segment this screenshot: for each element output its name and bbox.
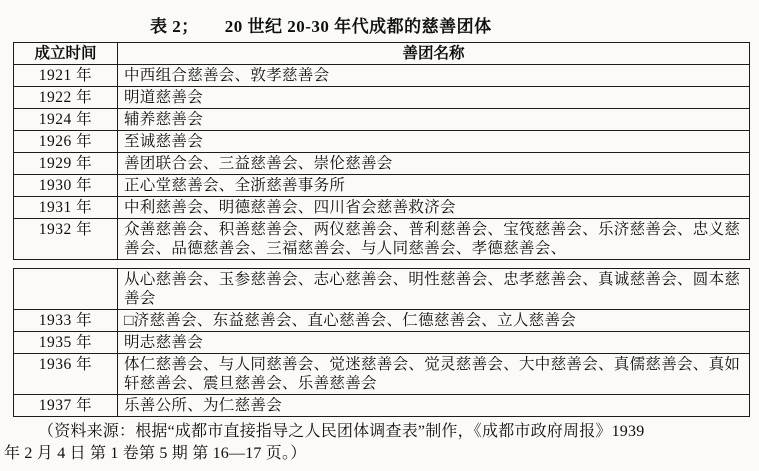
table-row: 1924 年 辅养慈善会 xyxy=(14,109,750,131)
table-caption-label: 表 2； xyxy=(150,17,199,36)
table-caption: 表 2；20 世纪 20-30 年代成都的慈善团体 xyxy=(150,12,492,37)
charity-table-section-1: 成立时间 善团名称 1921 年 中西组合慈善会、敦孝慈善会 1922 年 明道… xyxy=(13,42,750,260)
column-header-names: 善团名称 xyxy=(118,43,750,65)
table-caption-title: 20 世纪 20-30 年代成都的慈善团体 xyxy=(225,17,492,36)
names-cell: 明志慈善会 xyxy=(118,332,750,354)
source-note-line1: （资料来源：根据“成都市直接指导之人民团体调查表”制作，《成都市政府周报》193… xyxy=(4,421,754,443)
table-row: 1930 年 正心堂慈善会、全浙慈善事务所 xyxy=(14,175,750,197)
year-cell: 1931 年 xyxy=(14,197,118,219)
table-row: 1935 年 明志慈善会 xyxy=(14,332,750,354)
scanned-document-page: 表 2；20 世纪 20-30 年代成都的慈善团体 成立时间 善团名称 1921… xyxy=(0,0,759,471)
year-cell: 1937 年 xyxy=(14,395,118,417)
charity-table-section-2: 从心慈善会、玉参慈善会、志心慈善会、明性慈善会、忠孝慈善会、真诚慈善会、圆本慈善… xyxy=(13,268,750,417)
names-cell: 体仁慈善会、与人同慈善会、觉迷慈善会、觉灵慈善会、大中慈善会、真儒慈善会、真如轩… xyxy=(118,354,750,395)
names-cell: 众善慈善会、积善慈善会、两仪慈善会、普利慈善会、宝筏慈善会、乐济慈善会、忠义慈善… xyxy=(118,219,750,260)
table-row: 1937 年 乐善公所、为仁慈善会 xyxy=(14,395,750,417)
table-row: 1931 年 中利慈善会、明德慈善会、四川省会慈善救济会 xyxy=(14,197,750,219)
source-note-line2: 年 2 月 4 日 第 1 卷第 5 期 第 16—17 页。） xyxy=(4,443,754,465)
year-cell: 1932 年 xyxy=(14,219,118,260)
names-cell: 乐善公所、为仁慈善会 xyxy=(118,395,750,417)
table-row: 1933 年 □济慈善会、东益慈善会、直心慈善会、仁德慈善会、立人慈善会 xyxy=(14,310,750,332)
header-row: 成立时间 善团名称 xyxy=(14,43,750,65)
source-note: （资料来源：根据“成都市直接指导之人民团体调查表”制作，《成都市政府周报》193… xyxy=(4,421,754,465)
year-cell: 1929 年 xyxy=(14,153,118,175)
year-cell: 1921 年 xyxy=(14,65,118,87)
names-cell: 至诚慈善会 xyxy=(118,131,750,153)
year-cell: 1936 年 xyxy=(14,354,118,395)
table-row: 1932 年 众善慈善会、积善慈善会、两仪慈善会、普利慈善会、宝筏慈善会、乐济慈… xyxy=(14,219,750,260)
names-cell: 善团联合会、三益慈善会、崇伦慈善会 xyxy=(118,153,750,175)
names-cell: 明道慈善会 xyxy=(118,87,750,109)
names-cell: 中西组合慈善会、敦孝慈善会 xyxy=(118,65,750,87)
names-cell: 从心慈善会、玉参慈善会、志心慈善会、明性慈善会、忠孝慈善会、真诚慈善会、圆本慈善… xyxy=(118,269,750,310)
year-cell: 1926 年 xyxy=(14,131,118,153)
year-cell: 1935 年 xyxy=(14,332,118,354)
table-row-continuation: 从心慈善会、玉参慈善会、志心慈善会、明性慈善会、忠孝慈善会、真诚慈善会、圆本慈善… xyxy=(14,269,750,310)
year-cell-empty xyxy=(14,269,118,310)
table-row: 1921 年 中西组合慈善会、敦孝慈善会 xyxy=(14,65,750,87)
names-cell: 中利慈善会、明德慈善会、四川省会慈善救济会 xyxy=(118,197,750,219)
table-row: 1926 年 至诚慈善会 xyxy=(14,131,750,153)
names-cell: 正心堂慈善会、全浙慈善事务所 xyxy=(118,175,750,197)
year-cell: 1922 年 xyxy=(14,87,118,109)
names-cell: 辅养慈善会 xyxy=(118,109,750,131)
year-cell: 1924 年 xyxy=(14,109,118,131)
year-cell: 1933 年 xyxy=(14,310,118,332)
year-cell: 1930 年 xyxy=(14,175,118,197)
table-row: 1936 年 体仁慈善会、与人同慈善会、觉迷慈善会、觉灵慈善会、大中慈善会、真儒… xyxy=(14,354,750,395)
names-cell: □济慈善会、东益慈善会、直心慈善会、仁德慈善会、立人慈善会 xyxy=(118,310,750,332)
table-row: 1922 年 明道慈善会 xyxy=(14,87,750,109)
column-header-year: 成立时间 xyxy=(14,43,118,65)
table-row: 1929 年 善团联合会、三益慈善会、崇伦慈善会 xyxy=(14,153,750,175)
